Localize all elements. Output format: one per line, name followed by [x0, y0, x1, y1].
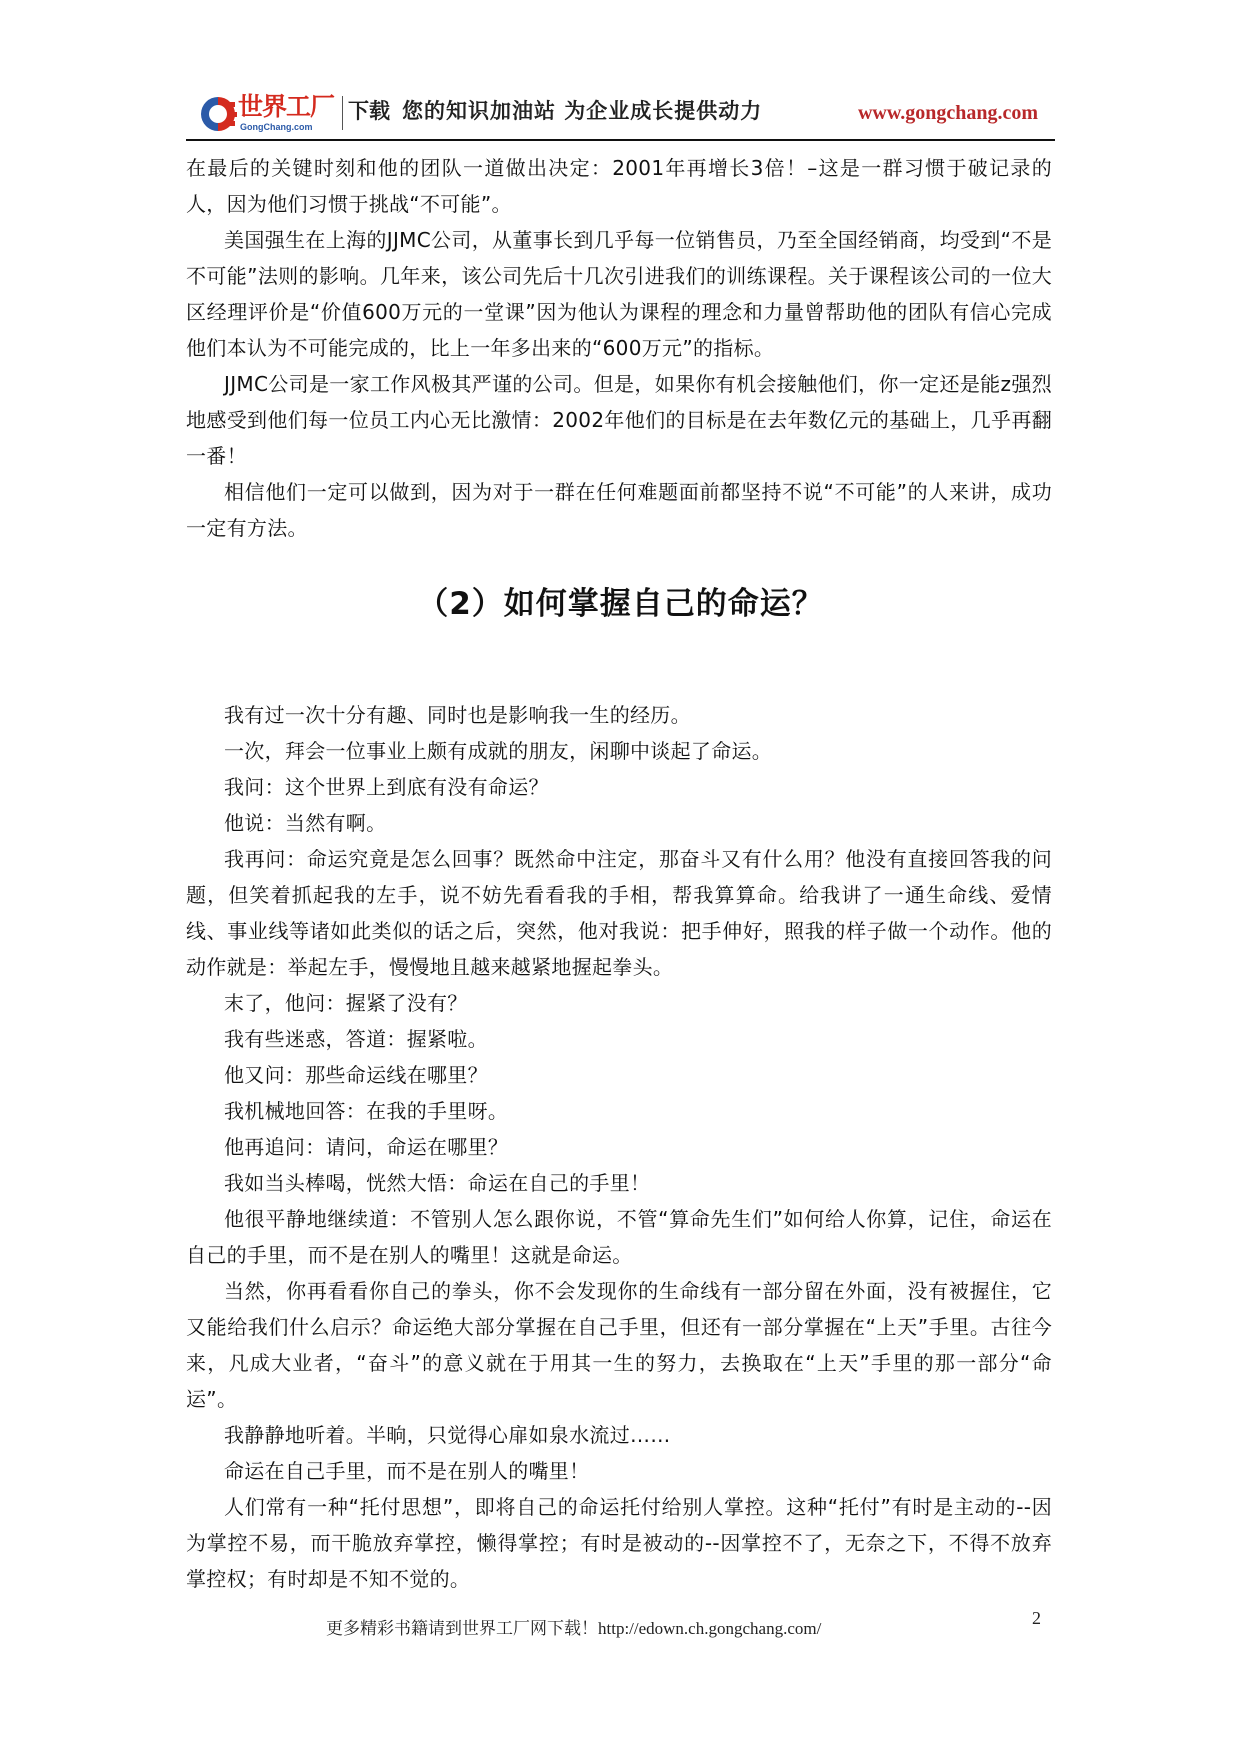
page-header: 世界工厂 GongChang.com 下载 您的知识加油站 为企业成长提供动力 … — [186, 92, 1056, 138]
paragraph: 我如当头棒喝，恍然大悟：命运在自己的手里！ — [186, 1165, 1052, 1201]
gongchang-logo-icon — [198, 94, 238, 134]
header-rule — [186, 139, 1055, 141]
section-2-body: 我有过一次十分有趣、同时也是影响我一生的经历。 一次，拜会一位事业上颇有成就的朋… — [186, 697, 1052, 1597]
paragraph: 一次，拜会一位事业上颇有成就的朋友，闲聊中谈起了命运。 — [186, 733, 1052, 769]
page-number: 2 — [1032, 1608, 1041, 1629]
section-heading: （2）如何掌握自己的命运？ — [0, 578, 1241, 623]
header-slogan: 您的知识加油站 为企业成长提供动力 — [402, 97, 762, 125]
paragraph: 他说：当然有啊。 — [186, 805, 1052, 841]
paragraph: 我再问：命运究竟是怎么回事？既然命中注定，那奋斗又有什么用？他没有直接回答我的问… — [186, 841, 1052, 985]
paragraph: 我问：这个世界上到底有没有命运？ — [186, 769, 1052, 805]
paragraph: 我有些迷惑，答道：握紧啦。 — [186, 1021, 1052, 1057]
paragraph: 他又问：那些命运线在哪里？ — [186, 1057, 1052, 1093]
brand-name-cn: 世界工厂 — [238, 92, 334, 122]
paragraph: JJMC公司是一家工作风极其严谨的公司。但是，如果你有机会接触他们，你一定还是能… — [186, 366, 1052, 474]
section-1-body: 在最后的关键时刻和他的团队一道做出决定：2001年再增长3倍！–这是一群习惯于破… — [186, 150, 1052, 546]
paragraph: 我静静地听着。半晌，只觉得心扉如泉水流过…… — [186, 1417, 1052, 1453]
paragraph: 我机械地回答：在我的手里呀。 — [186, 1093, 1052, 1129]
footer-text[interactable]: 更多精彩书籍请到世界工厂网下载！http://edown.ch.gongchan… — [326, 1614, 821, 1639]
paragraph: 相信他们一定可以做到，因为对于一群在任何难题面前都坚持不说“不可能”的人来讲，成… — [186, 474, 1052, 546]
paragraph: 人们常有一种“托付思想”，即将自己的命运托付给别人掌控。这种“托付”有时是主动的… — [186, 1489, 1052, 1597]
paragraph: 他很平静地继续道：不管别人怎么跟你说，不管“算命先生们”如何给人你算，记住，命运… — [186, 1201, 1052, 1273]
header-website[interactable]: www.gongchang.com — [858, 100, 1038, 126]
header-separator — [342, 96, 343, 130]
paragraph: 我有过一次十分有趣、同时也是影响我一生的经历。 — [186, 697, 1052, 733]
paragraph: 命运在自己手里，而不是在别人的嘴里！ — [186, 1453, 1052, 1489]
brand-name-en: GongChang.com — [240, 122, 313, 132]
download-label: 下载 — [348, 97, 390, 125]
paragraph: 末了，他问：握紧了没有？ — [186, 985, 1052, 1021]
paragraph: 他再追问：请问，命运在哪里？ — [186, 1129, 1052, 1165]
paragraph: 当然，你再看看你自己的拳头，你不会发现你的生命线有一部分留在外面，没有被握住，它… — [186, 1273, 1052, 1417]
paragraph: 美国强生在上海的JJMC公司，从董事长到几乎每一位销售员，乃至全国经销商，均受到… — [186, 222, 1052, 366]
paragraph: 在最后的关键时刻和他的团队一道做出决定：2001年再增长3倍！–这是一群习惯于破… — [186, 150, 1052, 222]
